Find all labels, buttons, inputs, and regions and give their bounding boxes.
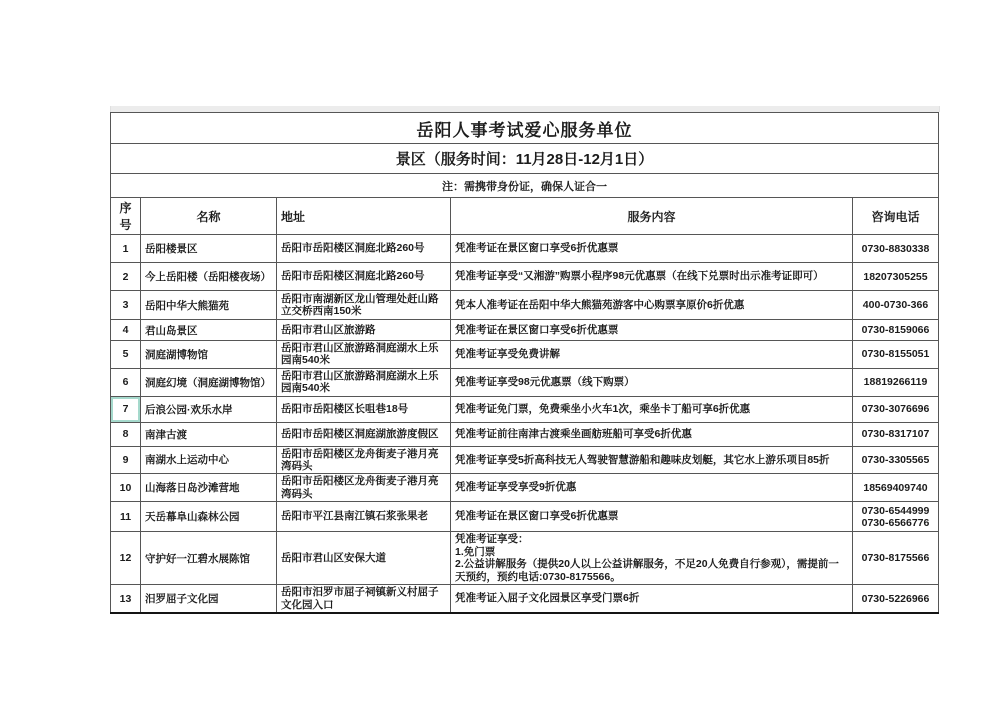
cell-name[interactable]: 洞庭湖博物馆 [141, 341, 277, 369]
cell-phone[interactable]: 0730-8155051 [853, 341, 939, 369]
cell-address[interactable]: 岳阳市君山区旅游路洞庭湖水上乐园南540米 [277, 368, 451, 396]
cell-name[interactable]: 后浪公园·欢乐水岸 [141, 396, 277, 422]
table-row: 8南津古渡岳阳市岳阳楼区洞庭湖旅游度假区凭准考证前往南津古渡乘坐画舫班船可享受6… [111, 422, 939, 446]
cell-name[interactable]: 山海落日岛沙滩营地 [141, 474, 277, 502]
column-header[interactable]: 服务内容 [451, 198, 853, 235]
table-row: 11天岳幕阜山森林公园岳阳市平江县南江镇石浆张果老凭准考证在景区窗口享受6折优惠… [111, 502, 939, 532]
cell-phone[interactable]: 0730-5226966 [853, 585, 939, 613]
cell-phone[interactable]: 0730-8175566 [853, 532, 939, 585]
cell-name[interactable]: 君山岛景区 [141, 320, 277, 341]
cell-address[interactable]: 岳阳市岳阳楼区龙舟街麦子港月亮湾码头 [277, 446, 451, 474]
cell-address[interactable]: 岳阳市汨罗市屈子祠镇新义村屈子文化园入口 [277, 585, 451, 613]
cell-service[interactable]: 凭准考证享受享受9折优惠 [451, 474, 853, 502]
table-row: 1岳阳楼景区岳阳市岳阳楼区洞庭北路260号凭准考证在景区窗口享受6折优惠票073… [111, 235, 939, 263]
cell-address[interactable]: 岳阳市平江县南江镇石浆张果老 [277, 502, 451, 532]
page-subtitle: 景区（服务时间：11月28日-12月1日） [111, 144, 939, 174]
cell-name[interactable]: 汨罗屈子文化园 [141, 585, 277, 613]
cell-service[interactable]: 凭准考证享受98元优惠票（线下购票） [451, 368, 853, 396]
cell-service[interactable]: 凭准考证前往南津古渡乘坐画舫班船可享受6折优惠 [451, 422, 853, 446]
table-row: 4君山岛景区岳阳市君山区旅游路凭准考证在景区窗口享受6折优惠票0730-8159… [111, 320, 939, 341]
table-row: 3岳阳中华大熊猫苑岳阳市南湖新区龙山管理处赶山路立交桥西南150米凭本人准考证在… [111, 291, 939, 320]
cell-name[interactable]: 岳阳中华大熊猫苑 [141, 291, 277, 320]
table-row: 7后浪公园·欢乐水岸岳阳市岳阳楼区长咀巷18号凭准考证免门票，免费乘坐小火车1次… [111, 396, 939, 422]
cell-service[interactable]: 凭准考证享受“又湘游”购票小程序98元优惠票（在线下兑票时出示准考证即可） [451, 263, 853, 291]
cell-phone[interactable]: 18819266119 [853, 368, 939, 396]
cell-no[interactable]: 12 [111, 532, 141, 585]
cell-no[interactable]: 5 [111, 341, 141, 369]
cell-service[interactable]: 凭准考证入屈子文化园景区享受门票6折 [451, 585, 853, 613]
table-row: 6洞庭幻境（洞庭湖博物馆）岳阳市君山区旅游路洞庭湖水上乐园南540米凭准考证享受… [111, 368, 939, 396]
table-row: 12守护好一江碧水展陈馆岳阳市君山区安保大道凭准考证享受： 1.免门票 2.公益… [111, 532, 939, 585]
cell-address[interactable]: 岳阳市南湖新区龙山管理处赶山路立交桥西南150米 [277, 291, 451, 320]
cell-no[interactable]: 11 [111, 502, 141, 532]
cell-service[interactable]: 凭准考证在景区窗口享受6折优惠票 [451, 235, 853, 263]
cell-no[interactable]: 6 [111, 368, 141, 396]
cell-no[interactable]: 3 [111, 291, 141, 320]
cell-name[interactable]: 岳阳楼景区 [141, 235, 277, 263]
column-header[interactable]: 名称 [141, 198, 277, 235]
cell-service[interactable]: 凭准考证享受： 1.免门票 2.公益讲解服务（提供20人以上公益讲解服务，不足2… [451, 532, 853, 585]
column-header[interactable]: 序号 [111, 198, 141, 235]
cell-service[interactable]: 凭准考证免门票，免费乘坐小火车1次，乘坐卡丁船可享6折优惠 [451, 396, 853, 422]
table-header-row: 序号名称地址服务内容咨询电话 [111, 198, 939, 235]
cell-phone[interactable]: 400-0730-366 [853, 291, 939, 320]
cell-no[interactable]: 2 [111, 263, 141, 291]
service-table: 岳阳人事考试爱心服务单位 景区（服务时间：11月28日-12月1日） 注：需携带… [110, 112, 939, 614]
cell-no[interactable]: 4 [111, 320, 141, 341]
cell-phone[interactable]: 18207305255 [853, 263, 939, 291]
table-row: 5洞庭湖博物馆岳阳市君山区旅游路洞庭湖水上乐园南540米凭准考证享受免费讲解07… [111, 341, 939, 369]
cell-service[interactable]: 凭准考证享受5折高科技无人驾驶智慧游船和趣味皮划艇，其它水上游乐项目85折 [451, 446, 853, 474]
table-row: 9南湖水上运动中心岳阳市岳阳楼区龙舟街麦子港月亮湾码头凭准考证享受5折高科技无人… [111, 446, 939, 474]
document-page: 岳阳人事考试爱心服务单位 景区（服务时间：11月28日-12月1日） 注：需携带… [0, 0, 1000, 706]
page-note: 注：需携带身份证，确保人证合一 [111, 174, 939, 198]
cell-name[interactable]: 今上岳阳楼（岳阳楼夜场） [141, 263, 277, 291]
cell-phone[interactable]: 0730-8830338 [853, 235, 939, 263]
cell-service[interactable]: 凭准考证在景区窗口享受6折优惠票 [451, 320, 853, 341]
cell-name[interactable]: 守护好一江碧水展陈馆 [141, 532, 277, 585]
cell-address[interactable]: 岳阳市君山区旅游路 [277, 320, 451, 341]
cell-phone[interactable]: 0730-8317107 [853, 422, 939, 446]
cell-name[interactable]: 南津古渡 [141, 422, 277, 446]
cell-service[interactable]: 凭本人准考证在岳阳中华大熊猫苑游客中心购票享原价6折优惠 [451, 291, 853, 320]
table-row: 13汨罗屈子文化园岳阳市汨罗市屈子祠镇新义村屈子文化园入口凭准考证入屈子文化园景… [111, 585, 939, 613]
cell-no[interactable]: 9 [111, 446, 141, 474]
cell-no[interactable]: 8 [111, 422, 141, 446]
cell-name[interactable]: 洞庭幻境（洞庭湖博物馆） [141, 368, 277, 396]
cell-phone[interactable]: 0730-8159066 [853, 320, 939, 341]
cell-address[interactable]: 岳阳市岳阳楼区洞庭北路260号 [277, 263, 451, 291]
cell-address[interactable]: 岳阳市岳阳楼区龙舟街麦子港月亮湾码头 [277, 474, 451, 502]
cell-service[interactable]: 凭准考证在景区窗口享受6折优惠票 [451, 502, 853, 532]
cell-no[interactable]: 10 [111, 474, 141, 502]
cell-no[interactable]: 13 [111, 585, 141, 613]
column-header[interactable]: 地址 [277, 198, 451, 235]
cell-address[interactable]: 岳阳市君山区安保大道 [277, 532, 451, 585]
cell-phone[interactable]: 0730-6544999 0730-6566776 [853, 502, 939, 532]
table-row: 10山海落日岛沙滩营地岳阳市岳阳楼区龙舟街麦子港月亮湾码头凭准考证享受享受9折优… [111, 474, 939, 502]
cell-address[interactable]: 岳阳市岳阳楼区长咀巷18号 [277, 396, 451, 422]
page-title: 岳阳人事考试爱心服务单位 [111, 113, 939, 144]
cell-no[interactable]: 1 [111, 235, 141, 263]
selected-cell[interactable]: 7 [111, 396, 141, 422]
table-row: 2今上岳阳楼（岳阳楼夜场）岳阳市岳阳楼区洞庭北路260号凭准考证享受“又湘游”购… [111, 263, 939, 291]
cell-phone[interactable]: 0730-3305565 [853, 446, 939, 474]
note-row: 注：需携带身份证，确保人证合一 [111, 174, 939, 198]
cell-address[interactable]: 岳阳市岳阳楼区洞庭北路260号 [277, 235, 451, 263]
column-header[interactable]: 咨询电话 [853, 198, 939, 235]
cell-phone[interactable]: 18569409740 [853, 474, 939, 502]
cell-service[interactable]: 凭准考证享受免费讲解 [451, 341, 853, 369]
cell-address[interactable]: 岳阳市岳阳楼区洞庭湖旅游度假区 [277, 422, 451, 446]
cell-phone[interactable]: 0730-3076696 [853, 396, 939, 422]
title-row: 岳阳人事考试爱心服务单位 [111, 113, 939, 144]
cell-address[interactable]: 岳阳市君山区旅游路洞庭湖水上乐园南540米 [277, 341, 451, 369]
subtitle-row: 景区（服务时间：11月28日-12月1日） [111, 144, 939, 174]
cell-name[interactable]: 天岳幕阜山森林公园 [141, 502, 277, 532]
cell-name[interactable]: 南湖水上运动中心 [141, 446, 277, 474]
